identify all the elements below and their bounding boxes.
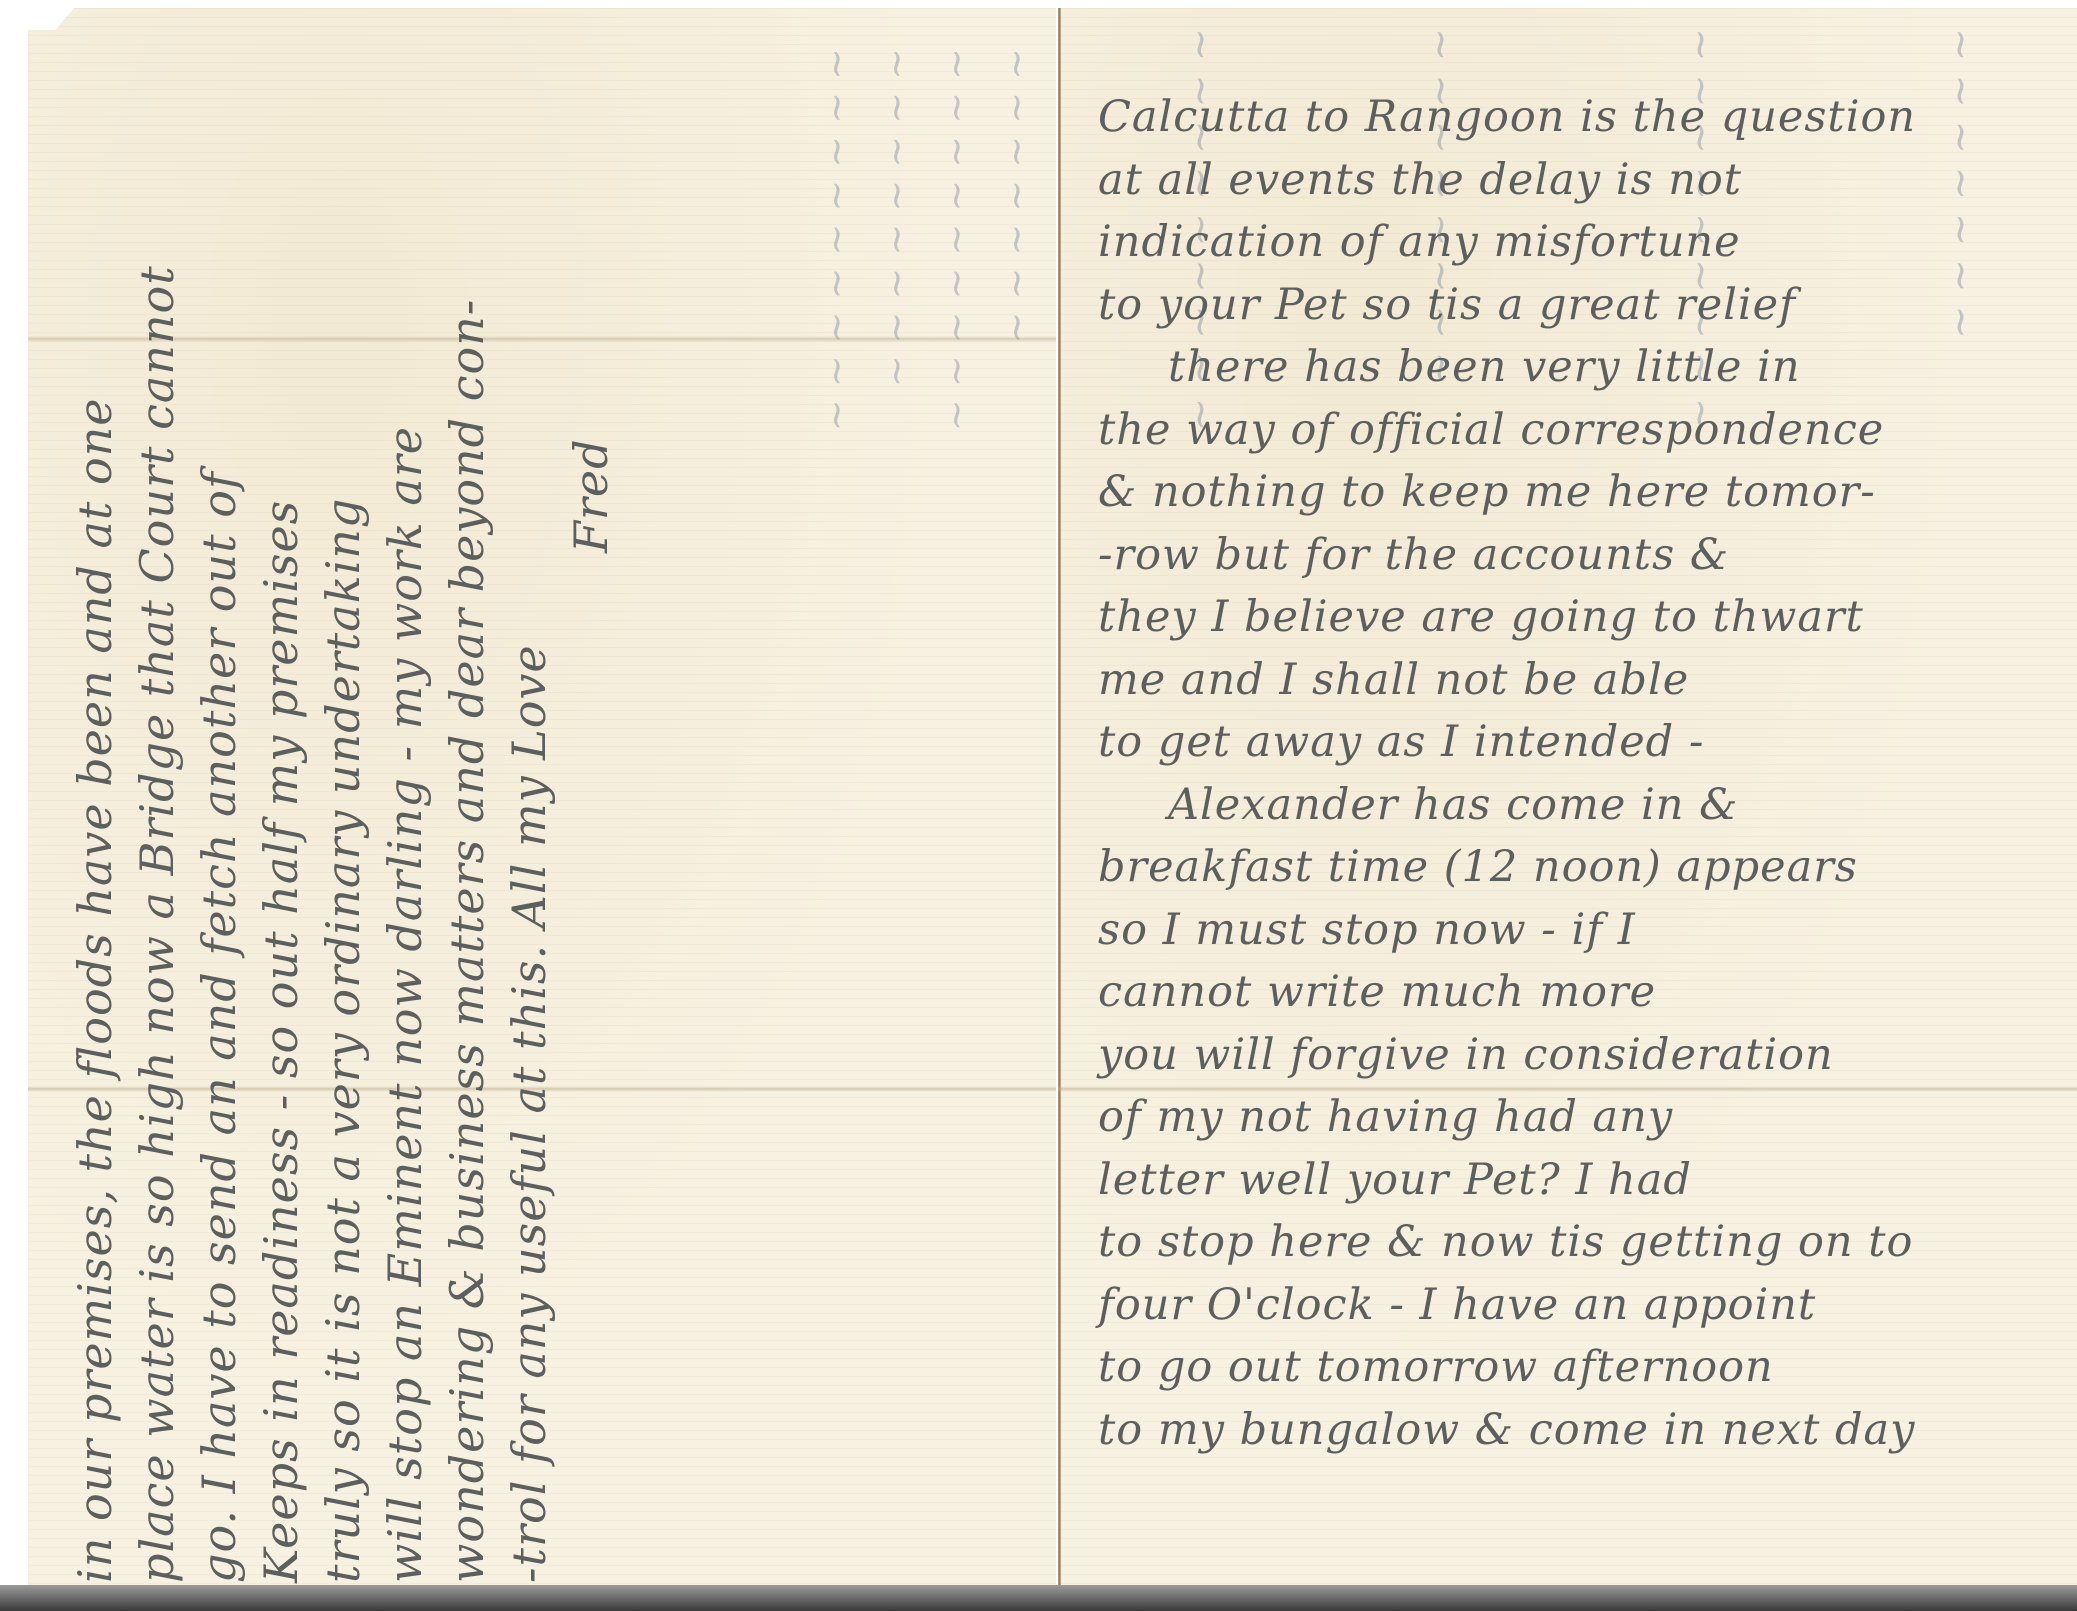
pencil-crosswriting-block: ~ ~ ~ ~ ~ ~ ~ ~ ~ ~ ~ ~ ~ ~ ~ ~ ~ ~ ~ ~ … [798,48,1038,1585]
letter-line: -trol for any useful at this. All my Lov… [498,23,560,1583]
letter-line: go. I have to send an and fetch another … [188,23,250,1583]
letter-line: truly so it is not a very ordinary under… [312,23,374,1583]
letter-line: me and I shall not be able [1098,649,2077,712]
letter-line: you will forgive in consideration [1098,1024,2077,1087]
letter-line: so I must stop now - if I [1098,899,2077,962]
letter-line: will stop an Eminent now darling - my wo… [374,23,436,1583]
letter-line: wondering & business matters and dear be… [436,23,498,1583]
letter-line: Keeps in readiness - so out half my prem… [250,23,312,1583]
letter-line: four O'clock - I have an appoint [1098,1274,2077,1337]
letter-line: at all events the delay is not [1098,149,2077,212]
letter-line: place water is so high now a Bridge that… [126,23,188,1583]
letter-line: indication of any misfortune [1098,211,2077,274]
scanned-letter: ~ ~ ~ ~ ~ ~ ~ ~ ~ ~ ~ ~ ~ ~ ~ ~ ~ ~ ~ ~ … [0,0,2077,1611]
pencil-column: ~ ~ ~ ~ ~ ~ ~ [988,48,1048,1585]
letter-line: -row but for the accounts & [1098,524,2077,587]
letter-line: in our premises, the floods have been an… [64,23,126,1583]
signature: Fred [560,23,622,1583]
letter-line: & nothing to keep me here tomor- [1098,461,2077,524]
right-page-text: Calcutta to Rangoon is the question at a… [1098,86,2077,1461]
center-fold [1058,8,1061,1585]
pencil-column: ~ ~ ~ ~ ~ ~ ~ ~ ~ [808,48,868,1585]
scan-margin [0,0,28,1585]
left-page: ~ ~ ~ ~ ~ ~ ~ ~ ~ ~ ~ ~ ~ ~ ~ ~ ~ ~ ~ ~ … [28,8,1056,1585]
right-page: ~ ~ ~ ~ ~ ~ ~ ~ ~ ~ ~ ~ ~ ~ ~ ~ ~ ~ ~ ~ … [1058,8,2077,1585]
left-page-rotated-text: in our premises, the floods have been an… [64,23,622,1583]
letter-line: Calcutta to Rangoon is the question [1098,86,2077,149]
letter-line: they I believe are going to thwart [1098,586,2077,649]
letter-line: to get away as I intended - [1098,711,2077,774]
pencil-column: ~ ~ ~ ~ ~ ~ ~ ~ ~ [928,48,988,1585]
letter-line: to stop here & now tis getting on to [1098,1211,2077,1274]
letter-line: to your Pet so tis a great relief [1098,274,2077,337]
scanner-edge-shadow [0,1585,2077,1611]
pencil-column: ~ ~ ~ ~ ~ ~ ~ ~ [868,48,928,1585]
letter-line: to go out tomorrow afternoon [1098,1336,2077,1399]
letter-line: of my not having had any [1098,1086,2077,1149]
letter-line: to my bungalow & come in next day [1098,1399,2077,1462]
letter-line: the way of official correspondence [1098,399,2077,462]
letter-line: breakfast time (12 noon) appears [1098,836,2077,899]
letter-line: Alexander has come in & [1098,774,2077,837]
letter-line: there has been very little in [1098,336,2077,399]
letter-line: letter well your Pet? I had [1098,1149,2077,1212]
letter-line: cannot write much more [1098,961,2077,1024]
